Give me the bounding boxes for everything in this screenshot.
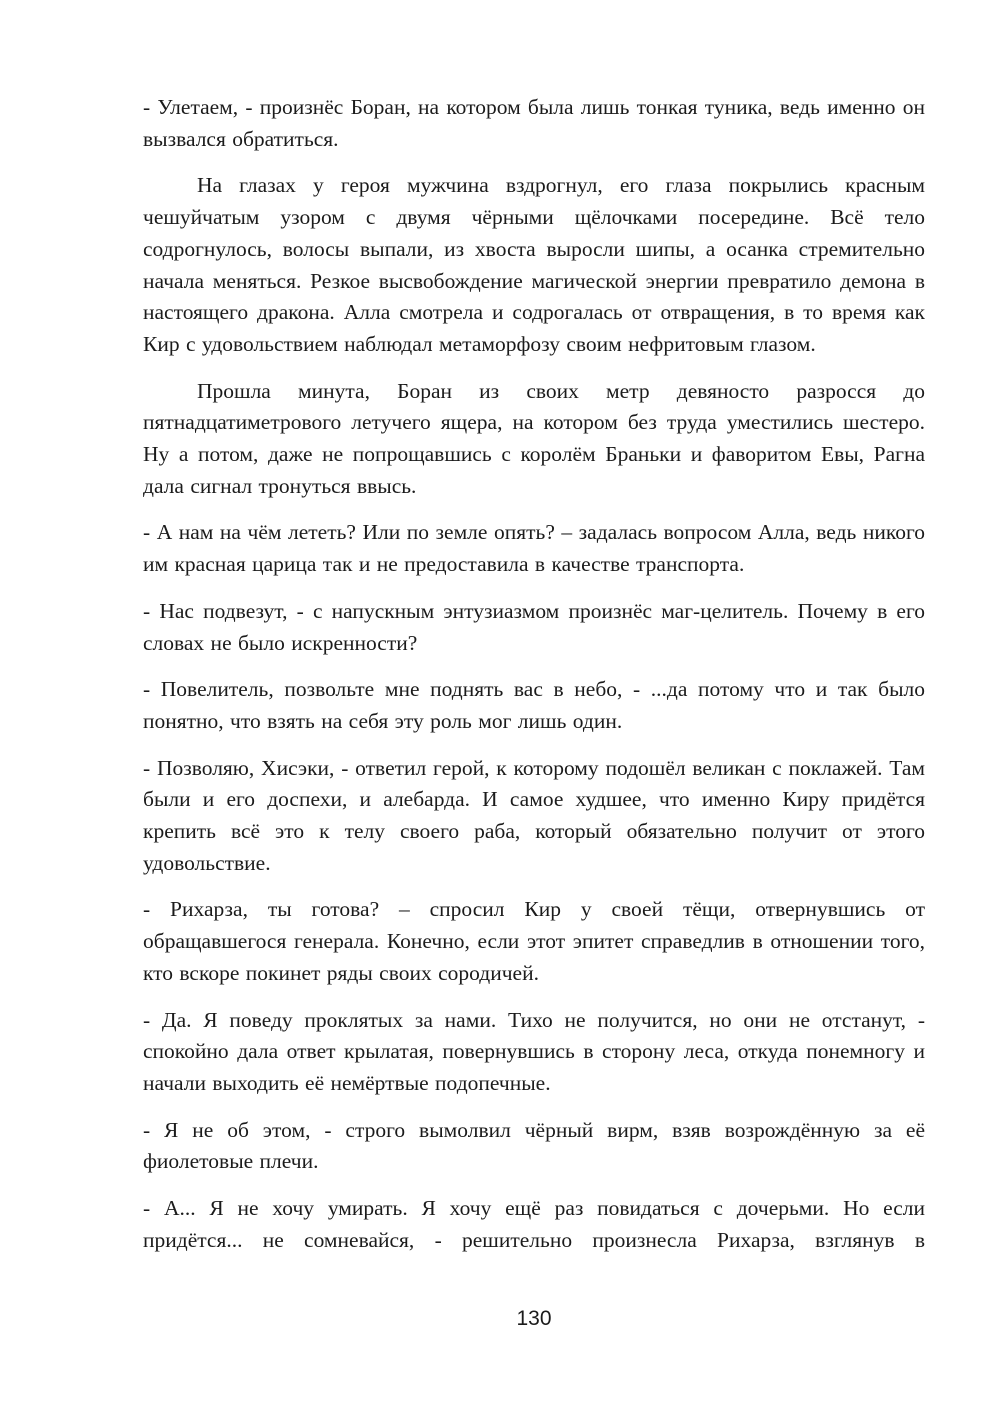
paragraph: - Рихарза, ты готова? – спросил Кир у св… (143, 894, 925, 989)
paragraph: На глазах у героя мужчина вздрогнул, его… (143, 170, 925, 360)
paragraph: - Я не об этом, - строго вымолвил чёрный… (143, 1115, 925, 1178)
text-content: - Улетаем, - произнёс Боран, на котором … (143, 92, 925, 1272)
paragraph: - А нам на чём лететь? Или по земле опят… (143, 517, 925, 580)
paragraph: - А... Я не хочу умирать. Я хочу ещё раз… (143, 1193, 925, 1256)
paragraph: - Да. Я поведу проклятых за нами. Тихо н… (143, 1005, 925, 1100)
paragraph: Прошла минута, Боран из своих метр девян… (143, 376, 925, 503)
paragraph: - Улетаем, - произнёс Боран, на котором … (143, 92, 925, 155)
paragraph: - Позволяю, Хисэки, - ответил герой, к к… (143, 753, 925, 880)
paragraph: - Нас подвезут, - с напускным энтузиазмо… (143, 596, 925, 659)
page-number: 130 (143, 1307, 925, 1331)
paragraph: - Повелитель, позвольте мне поднять вас … (143, 674, 925, 737)
document-page: - Улетаем, - произнёс Боран, на котором … (0, 0, 1000, 1414)
